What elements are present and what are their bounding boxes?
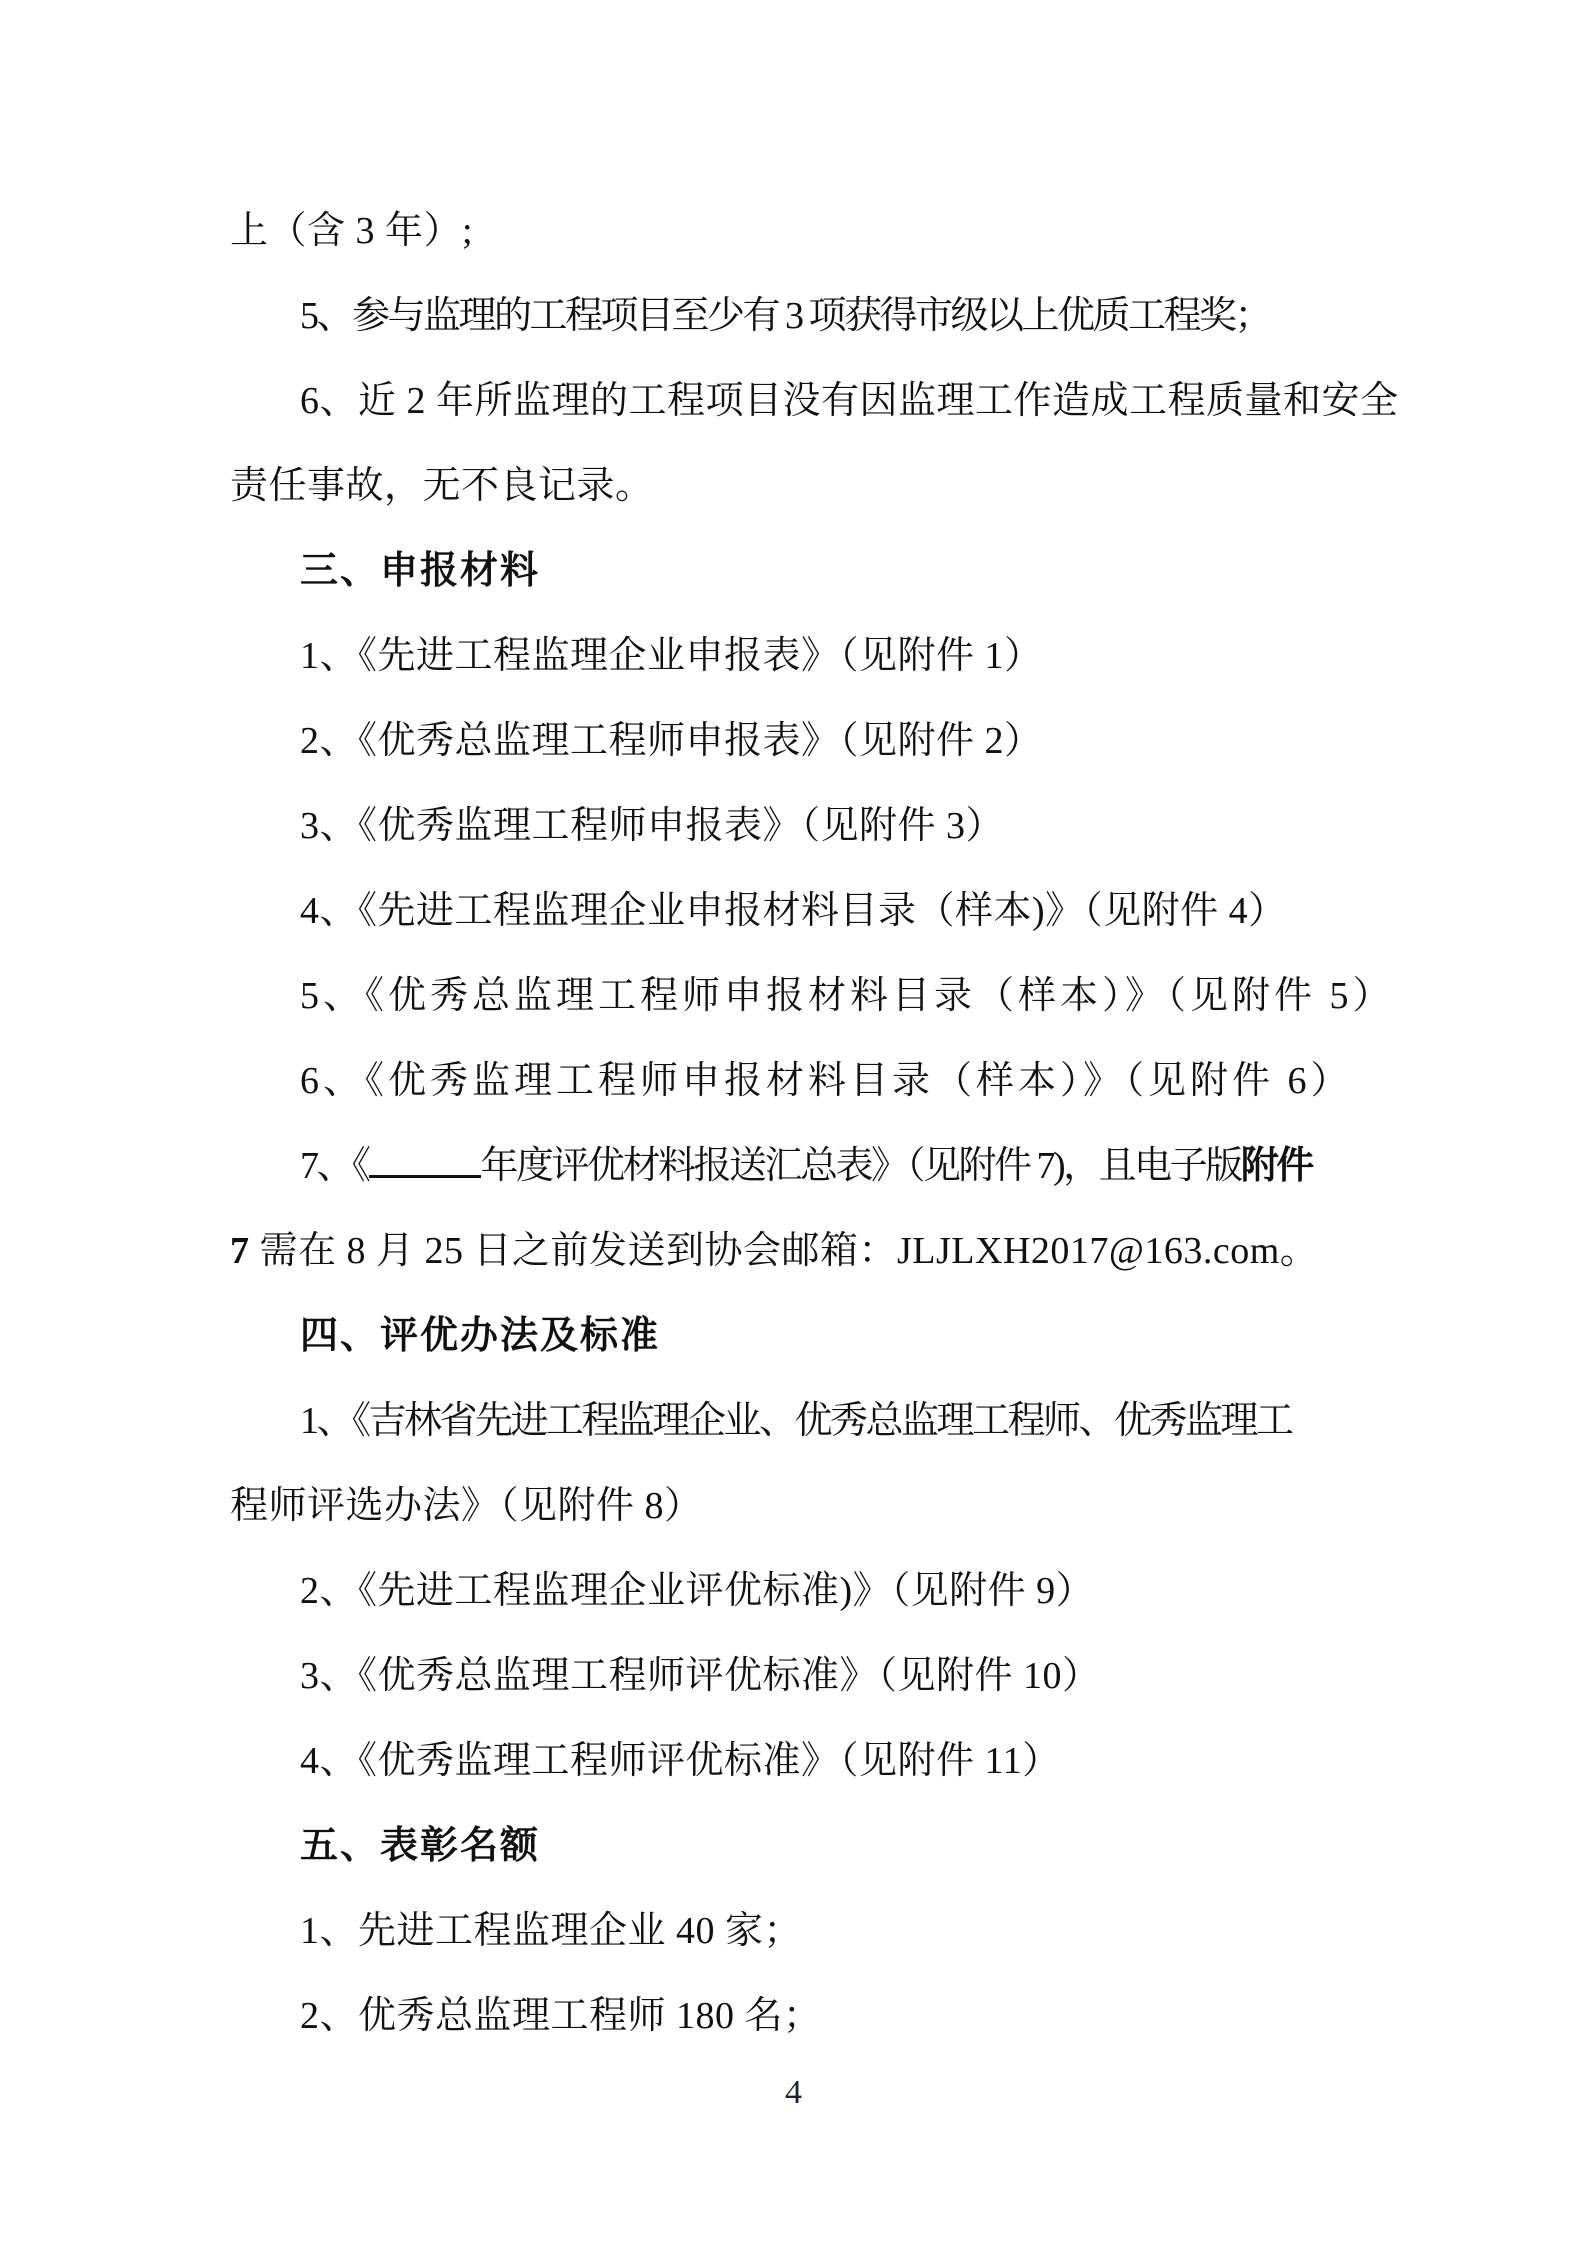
text-run: 年度评优材料报送汇总表》（见附件 7)，且电子版 [481, 1145, 1241, 1187]
text-run: 责任事故，无不良记录。 [230, 465, 654, 507]
text-line: 7、《年度评优材料报送汇总表》（见附件 7)，且电子版附件 [230, 1124, 1357, 1209]
text-run: 需在 8 月 25 日之前发送到协会邮箱：JLJLXH2017@163.com。 [250, 1230, 1319, 1272]
text-run: 7 [230, 1230, 250, 1272]
section-heading: 三、申报材料 [230, 529, 1357, 614]
text-run: 2、优秀总监理工程师 180 名； [300, 1995, 822, 2037]
page-number: 4 [0, 2072, 1587, 2114]
text-run: 1、《先进工程监理企业申报表》（见附件 1） [300, 635, 1043, 677]
text-run: 附件 [1241, 1145, 1312, 1187]
text-run: 5、《优秀总监理工程师申报材料目录（样本）》（见附件 5） [300, 975, 1395, 1017]
text-run: 四、评优办法及标准 [300, 1315, 660, 1357]
text-run: 2、《先进工程监理企业评优标准)》（见附件 9） [300, 1570, 1094, 1612]
text-line: 7 需在 8 月 25 日之前发送到协会邮箱：JLJLXH2017@163.co… [230, 1209, 1357, 1294]
text-run: 4、《优秀监理工程师评优标准》（见附件 11） [300, 1740, 1061, 1782]
text-run: 1、《吉林省先进工程监理企业、优秀总监理工程师、优秀监理工 [300, 1400, 1292, 1442]
text-run: 6、《优秀监理工程师申报材料目录（样本）》（见附件 6） [300, 1060, 1353, 1102]
text-line: 责任事故，无不良记录。 [230, 444, 1357, 529]
text-line: 1、《吉林省先进工程监理企业、优秀总监理工程师、优秀监理工 [230, 1379, 1357, 1464]
section-heading: 四、评优办法及标准 [230, 1294, 1357, 1379]
text-line: 6、近 2 年所监理的工程项目没有因监理工作造成工程质量和安全 [230, 359, 1357, 444]
text-line: 5、参与监理的工程项目至少有 3 项获得市级以上优质工程奖； [230, 274, 1357, 359]
text-line: 2、优秀总监理工程师 180 名； [230, 1974, 1357, 2059]
text-run: 五、表彰名额 [300, 1825, 540, 1867]
text-line: 程师评选办法》（见附件 8） [230, 1464, 1357, 1549]
text-line: 1、《先进工程监理企业申报表》（见附件 1） [230, 614, 1357, 699]
document-body: 上（含 3 年）;5、参与监理的工程项目至少有 3 项获得市级以上优质工程奖；6… [230, 189, 1357, 2059]
text-line: 4、《优秀监理工程师评优标准》（见附件 11） [230, 1719, 1357, 1804]
text-line: 上（含 3 年）; [230, 189, 1357, 274]
text-run: 上（含 3 年）; [230, 210, 473, 252]
text-line: 5、《优秀总监理工程师申报材料目录（样本）》（见附件 5） [230, 954, 1357, 1039]
text-run: 三、申报材料 [300, 550, 540, 592]
text-line: 4、《先进工程监理企业申报材料目录（样本)》（见附件 4） [230, 869, 1357, 954]
text-line: 3、《优秀总监理工程师评优标准》（见附件 10） [230, 1634, 1357, 1719]
text-line: 6、《优秀监理工程师申报材料目录（样本）》（见附件 6） [230, 1039, 1357, 1124]
text-run: 1、先进工程监理企业 40 家； [300, 1910, 802, 1952]
text-line: 2、《先进工程监理企业评优标准)》（见附件 9） [230, 1549, 1357, 1634]
fill-in-blank-underline [369, 1173, 481, 1178]
text-run: 7、《 [300, 1145, 369, 1187]
text-run: 4、《先进工程监理企业申报材料目录（样本)》（见附件 4） [300, 890, 1287, 932]
section-heading: 五、表彰名额 [230, 1804, 1357, 1889]
document-page: 上（含 3 年）;5、参与监理的工程项目至少有 3 项获得市级以上优质工程奖；6… [0, 0, 1587, 2245]
text-run: 5、参与监理的工程项目至少有 3 项获得市级以上优质工程奖； [300, 295, 1270, 337]
text-run: 程师评选办法》（见附件 8） [230, 1485, 703, 1527]
text-line: 2、《优秀总监理工程师申报表》（见附件 2） [230, 699, 1357, 784]
text-run: 2、《优秀总监理工程师申报表》（见附件 2） [300, 720, 1043, 762]
text-run: 3、《优秀总监理工程师评优标准》（见附件 10） [300, 1655, 1101, 1697]
text-line: 3、《优秀监理工程师申报表》（见附件 3） [230, 784, 1357, 869]
text-run: 6、近 2 年所监理的工程项目没有因监理工作造成工程质量和安全 [300, 380, 1399, 422]
text-run: 3、《优秀监理工程师申报表》（见附件 3） [300, 805, 1004, 847]
text-line: 1、先进工程监理企业 40 家； [230, 1889, 1357, 1974]
